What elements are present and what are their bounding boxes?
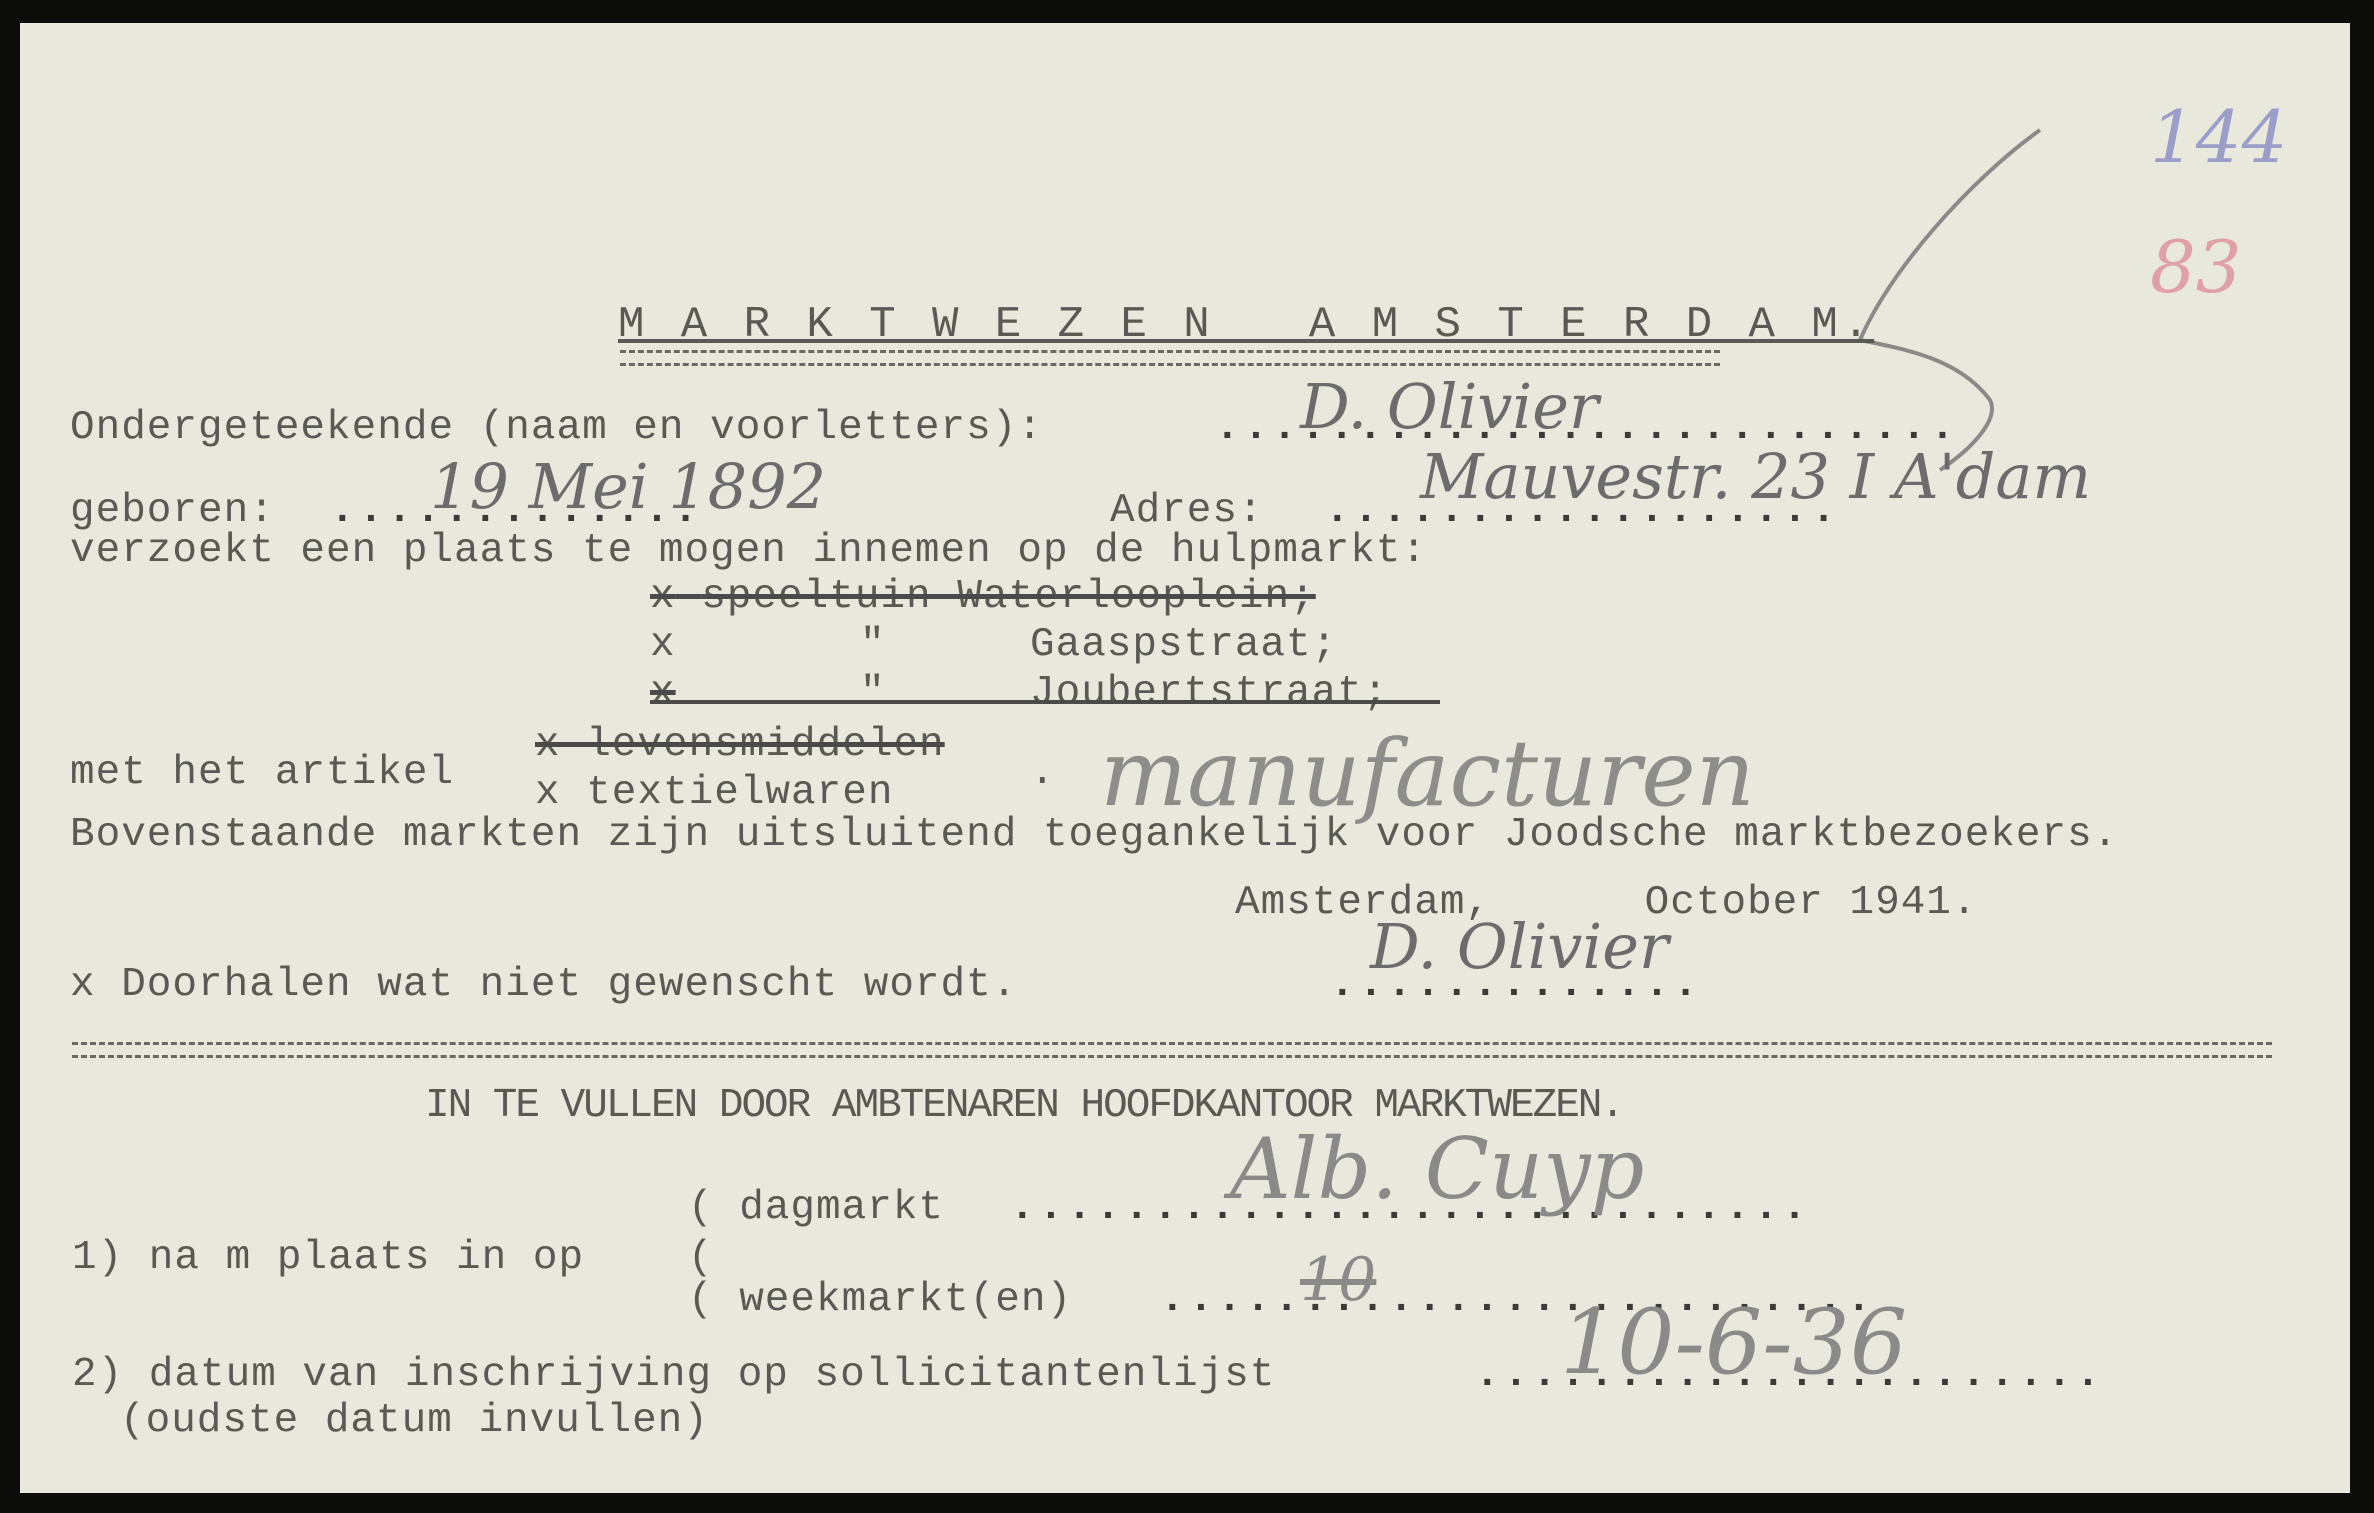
weekmarkt-value: 10 — [1300, 1245, 1376, 1315]
address-value: Mauvestr. 23 I A'dam — [1420, 440, 2091, 513]
market-option-gaaspstraat: x"Gaaspstraat; — [650, 622, 676, 668]
notice-text: Bovenstaande markten zijn uitsluitend to… — [70, 812, 2118, 858]
article-handwritten: manufacturen — [1100, 720, 1755, 827]
item2-value: 10-6-36 — [1560, 1290, 1907, 1395]
item2-sub: (oudste datum invullen) — [120, 1398, 709, 1444]
signature-value: D. Olivier — [1370, 910, 1669, 983]
born-value: 19 Mei 1892 — [430, 450, 826, 523]
item1-paren: ( — [688, 1235, 714, 1281]
name-label: Ondergeteekende (naam en voorletters): — [70, 405, 1043, 451]
article-label: met het artikel — [70, 750, 454, 796]
archive-number-blue: 144 — [2150, 95, 2287, 179]
title-double-underline — [620, 350, 1720, 366]
strike-line — [650, 700, 1440, 704]
document-title: M A R K T W E Z E N A M S T E R D A M. — [618, 300, 1874, 350]
item2-label: 2) datum van inschrijving op sollicitant… — [72, 1352, 1275, 1398]
weekmarkt-label: ( weekmarkt(en) — [688, 1277, 1072, 1323]
request-text: verzoekt een plaats te mogen innemen op … — [70, 528, 1427, 574]
market-option-joubertstraat: x"Joubertstraat; — [650, 670, 676, 716]
name-value: D. Olivier — [1300, 370, 1599, 443]
strike-instruction: x Doorhalen wat niet gewenscht wordt. — [70, 962, 1017, 1008]
article-period: . — [1030, 750, 1056, 796]
section-separator — [72, 1042, 2272, 1058]
article-option-levensmiddelen: x levensmiddelen — [535, 722, 945, 768]
article-option-textielwaren: x textielwaren — [535, 770, 893, 816]
item1-label: 1) na m plaats in op — [72, 1235, 584, 1281]
archive-number-red: 83 — [2150, 225, 2242, 309]
dagmarkt-label: ( dagmarkt — [688, 1185, 944, 1231]
market-option-waterlooplein: x speeltuin Waterlooplein; — [650, 574, 1316, 620]
dagmarkt-value: Alb. Cuyp — [1230, 1120, 1644, 1218]
